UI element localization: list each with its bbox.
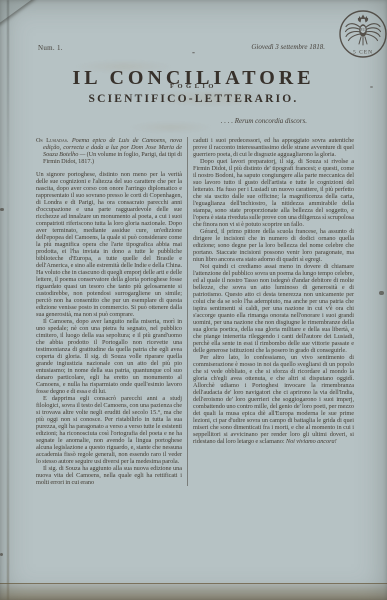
paragraph: Il Camoens, dopo aver languito nella mis… — [36, 318, 182, 395]
column-right: caduti i suoi predecessori, ed ha appogg… — [193, 137, 354, 486]
revenue-stamp: F.I. 5 CEN — [337, 8, 387, 60]
stamp-value: 5 CEN — [353, 50, 373, 56]
paragraph: E dapprima egli consacrò parecchi anni a… — [36, 395, 182, 465]
paragraph: Gérard, il primo pittore della scuola fr… — [193, 228, 354, 263]
column-left: Os Lusiadas. Poema epico de Luis de Camo… — [36, 137, 182, 486]
paragraph: Per altro lato, lo confessiamo, un vivo … — [193, 354, 354, 445]
ink-speck — [0, 208, 4, 211]
subtitle-foglio: FOGLIO — [0, 83, 387, 90]
ink-speck — [379, 291, 384, 295]
double-eagle-icon: F.I. 5 CEN — [337, 8, 387, 60]
newspaper-page: Num. 1. Giovedì 3 settembre 1818. - IL C… — [0, 0, 387, 600]
subtitle-scientifico-letterario: SCIENTIFICO-LETTERARIO. — [0, 93, 387, 105]
stamp-initials: F.I. — [360, 27, 365, 32]
paragraph: Noi quindi ci crediamo assai meno in dov… — [193, 263, 354, 354]
corner-fold — [0, 0, 34, 25]
column-divider — [187, 137, 188, 486]
paragraph: Dopo quei lavori preparatorj, il sig. di… — [193, 158, 354, 228]
article-body: Os Lusiadas. Poema epico de Luis de Camo… — [36, 137, 354, 486]
paragraph: Un signore portoghese, distinto non meno… — [36, 171, 182, 318]
closing-exclamation: Noi viviamo ancora! — [286, 438, 337, 445]
motto: . . . . Rerum concordia discors. — [0, 117, 307, 125]
article-heading-title: Os Lusiadas. — [36, 137, 68, 144]
ink-speck — [0, 553, 3, 556]
article-heading: Os Lusiadas. Poema epico de Luis de Camo… — [36, 137, 182, 165]
bottom-scan-edge — [0, 583, 387, 600]
paragraph-text: Per altro lato, lo confessiamo, un vivo … — [193, 354, 354, 445]
paragraph: caduti i suoi predecessori, ed ha appogg… — [193, 137, 354, 158]
paragraph: Il sig. di Souza ha aggiunto alla sua nu… — [36, 465, 182, 486]
ornament-dash: - — [0, 47, 387, 57]
